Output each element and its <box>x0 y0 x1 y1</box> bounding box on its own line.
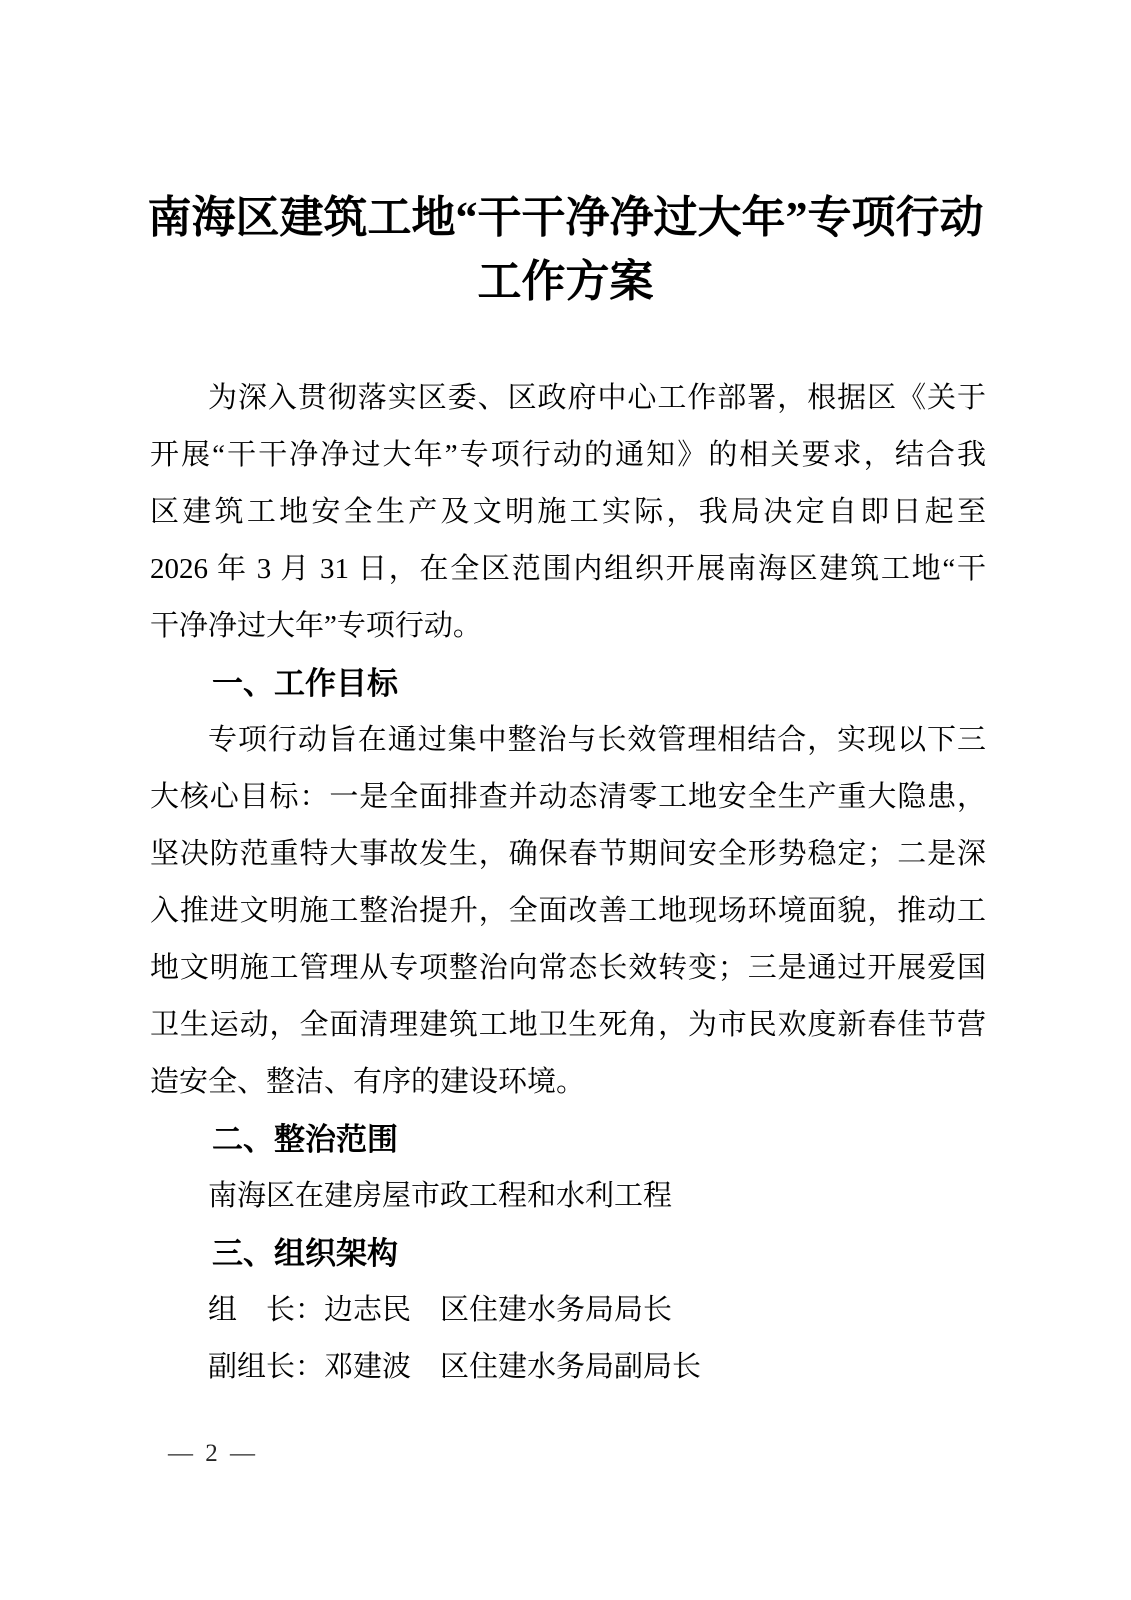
body-line: 开展“干干净净过大年”专项行动的通知》的相关要求，结合我 <box>150 427 986 484</box>
paragraph-goals: 专项行动旨在通过集中整治与长效管理相结合，实现以下三 大核心目标：一是全面排查并… <box>150 712 986 1111</box>
body-line-leader: 组 长：边志民 区住建水务局局长 <box>150 1282 986 1339</box>
document-title: 南海区建筑工地“干干净净过大年”专项行动 工作方案 <box>0 186 1131 314</box>
heading-work-goals: 一、工作目标 <box>150 655 986 712</box>
body-line: 干净净过大年”专项行动。 <box>150 598 986 655</box>
body-line: 卫生运动，全面清理建筑工地卫生死角，为市民欢度新春佳节营 <box>150 997 986 1054</box>
body-line: 为深入贯彻落实区委、区政府中心工作部署，根据区《关于 <box>150 370 986 427</box>
paragraph-intro: 为深入贯彻落实区委、区政府中心工作部署，根据区《关于 开展“干干净净过大年”专项… <box>150 370 986 655</box>
paragraph-leaders: 组 长：边志民 区住建水务局局长 副组长：邓建波 区住建水务局副局长 <box>150 1282 986 1396</box>
body-line: 区建筑工地安全生产及文明施工实际，我局决定自即日起至 <box>150 484 986 541</box>
body-line: 入推进文明施工整治提升，全面改善工地现场环境面貌，推动工 <box>150 883 986 940</box>
body-line: 专项行动旨在通过集中整治与长效管理相结合，实现以下三 <box>150 712 986 769</box>
body-line: 南海区在建房屋市政工程和水利工程 <box>150 1168 986 1225</box>
body-line: 大核心目标：一是全面排查并动态清零工地安全生产重大隐患， <box>150 769 986 826</box>
document-title-line-1: 南海区建筑工地“干干净净过大年”专项行动 <box>0 186 1131 250</box>
body-line-deputy-leader: 副组长：邓建波 区住建水务局副局长 <box>150 1339 986 1396</box>
heading-scope: 二、整治范围 <box>150 1111 986 1168</box>
paragraph-scope: 南海区在建房屋市政工程和水利工程 <box>150 1168 986 1225</box>
document-page: 南海区建筑工地“干干净净过大年”专项行动 工作方案 为深入贯彻落实区委、区政府中… <box>0 0 1131 1600</box>
body-line: 造安全、整洁、有序的建设环境。 <box>150 1054 986 1111</box>
body-line: 地文明施工管理从专项整治向常态长效转变；三是通过开展爱国 <box>150 940 986 997</box>
document-body: 为深入贯彻落实区委、区政府中心工作部署，根据区《关于 开展“干干净净过大年”专项… <box>150 370 986 1396</box>
page-number: — 2 — <box>168 1436 258 1472</box>
body-line: 2026 年 3 月 31 日，在全区范围内组织开展南海区建筑工地“干 <box>150 541 986 598</box>
document-title-line-2: 工作方案 <box>0 250 1131 314</box>
heading-structure: 三、组织架构 <box>150 1225 986 1282</box>
body-line: 坚决防范重特大事故发生，确保春节期间安全形势稳定；二是深 <box>150 826 986 883</box>
